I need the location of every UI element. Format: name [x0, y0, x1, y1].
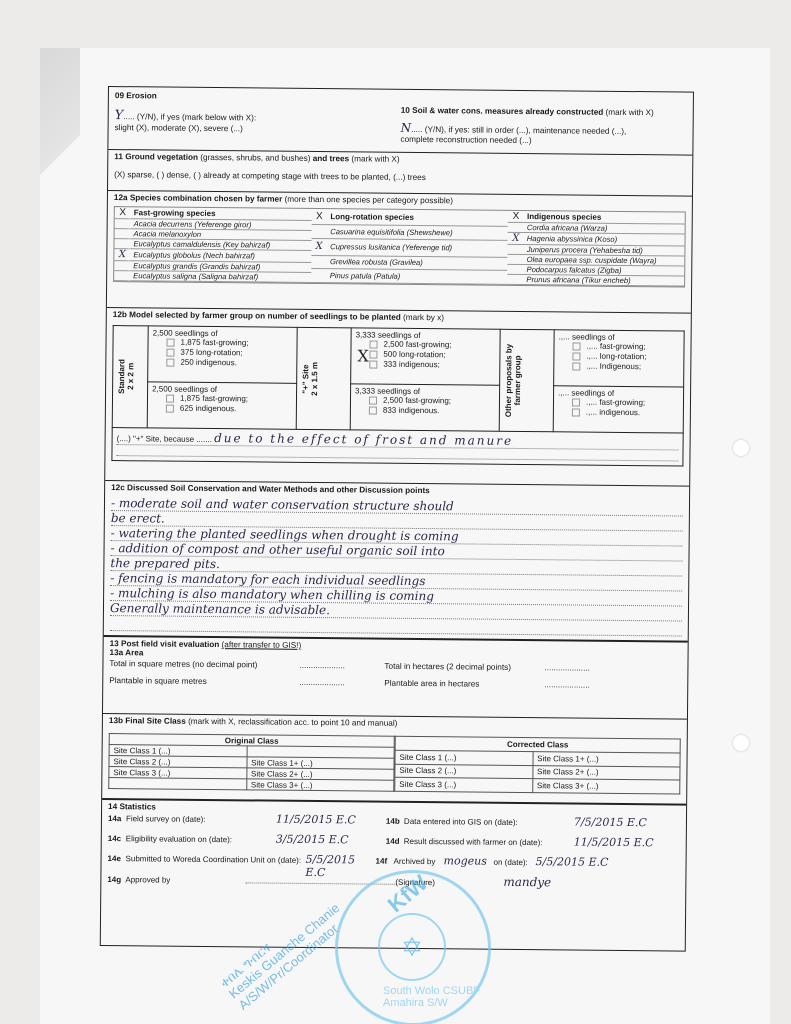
option-label: .,... fast-growing;: [586, 398, 645, 408]
original-class-table: Original ClassSite Class 1 (...)Site Cla…: [108, 733, 395, 792]
option-label: 375 long-rotation;: [180, 348, 242, 358]
field-survey-label: Field survey on (date):: [126, 814, 276, 824]
species-column: XFast-growing speciesAcacia decurrens (Y…: [114, 207, 311, 283]
option-label: 833 indigenous.: [383, 406, 440, 416]
option-label: 2,500 fast-growing;: [383, 396, 451, 406]
checkbox-icon[interactable]: [166, 358, 174, 366]
species-name: Eucalyptus saligna (Saligna bahirzaf): [130, 271, 311, 283]
vegetation-title-note: (mark with X): [351, 154, 399, 163]
checkbox-icon[interactable]: [572, 362, 580, 370]
species-mark[interactable]: [311, 225, 327, 239]
site-class-option[interactable]: Site Class 1+ (...): [533, 751, 681, 766]
checkbox-icon[interactable]: [573, 342, 581, 350]
folded-corner: [40, 48, 80, 218]
erosion-section: 09 Erosion Y..... (Y/N), if yes (mark be…: [108, 87, 693, 156]
discussed-label-num: 14d: [386, 837, 404, 846]
seedling-option[interactable]: 625 indigenous.: [152, 403, 292, 414]
checkbox-icon[interactable]: [369, 340, 377, 348]
total-ha-field[interactable]: ....................: [544, 663, 590, 672]
plus-spacing: 2 x 1.5 m: [310, 362, 319, 396]
species-title: 12a Species combination chosen by farmer: [114, 193, 282, 204]
plus-label-cell: "+" Site2 x 1.5 m: [296, 327, 351, 430]
option-label: .,... long-rotation;: [586, 352, 646, 362]
total-sqm-label: Total in square metres (no decimal point…: [109, 659, 299, 670]
site-class-option: [109, 778, 247, 790]
species-mark[interactable]: [115, 219, 131, 229]
plant-sqm-label: Plantable in square metres: [109, 676, 299, 687]
option-label: 333 indigenous;: [383, 360, 440, 370]
kfw-logo: KfW: [383, 870, 433, 918]
archived-date[interactable]: 5/5/2015 E.C: [536, 855, 609, 869]
post-field-note: (after transfer to GIS!): [222, 640, 302, 650]
checkbox-icon[interactable]: [369, 360, 377, 368]
swc-line2: complete reconstruction needed (...): [400, 135, 686, 147]
other-label: Other proposals by: [504, 344, 514, 417]
x-header: X: [311, 209, 327, 225]
site-class-option[interactable]: Site Class 1 (...): [395, 750, 533, 765]
archived-label: Archived by: [394, 857, 444, 866]
option-label: 2,500 fast-growing;: [383, 340, 451, 350]
species-column: XLong-rotation speciesCasuarina equisiti…: [311, 209, 508, 285]
swc-line1: (Y/N), if yes: still in order (...), mai…: [425, 125, 627, 136]
other-option-b[interactable]: .,... seedlings of.,... fast-growing;.,.…: [553, 386, 683, 433]
species-mark[interactable]: [115, 229, 131, 239]
species-row[interactable]: XCupressus lusitanica (Yeferenge tid): [311, 238, 508, 256]
archived-date-label: on (date):: [494, 858, 536, 867]
species-name: Pinus patula (Patula): [327, 269, 508, 284]
option-label: .,... fast-growing;: [587, 342, 646, 352]
site-class-option[interactable]: Site Class 3 (...): [395, 778, 533, 793]
vegetation-title-b2: and trees: [313, 154, 349, 163]
discussion-lines[interactable]: - moderate soil and water conservation s…: [110, 496, 683, 636]
species-mark[interactable]: [508, 254, 524, 264]
standard-label: Standard: [117, 359, 126, 394]
checkbox-icon[interactable]: [369, 396, 377, 404]
checkbox-icon[interactable]: [166, 404, 174, 412]
model-section: 12b Model selected by farmer group on nu…: [105, 308, 691, 487]
x-header: X: [508, 211, 524, 223]
other-label2: farmer group: [513, 355, 522, 405]
eligibility-date[interactable]: 3/5/2015 E.C: [276, 833, 386, 847]
vegetation-options[interactable]: (X) sparse, ( ) dense, ( ) already at co…: [114, 170, 686, 184]
vegetation-title-rest: (grasses, shrubs, and bushes): [200, 153, 310, 163]
standard-option-b[interactable]: 2,500 seedlings of1,875 fast-growing;625…: [147, 382, 296, 429]
seedling-option[interactable]: 250 indigenous.: [152, 357, 292, 368]
discussed-date[interactable]: 11/5/2015 E.C: [574, 836, 654, 850]
gis-entry-label-num: 14b: [386, 817, 404, 826]
model-table: Standard2 x 2 m 2,500 seedlings of1,875 …: [111, 325, 684, 466]
species-mark[interactable]: X: [311, 238, 327, 255]
plant-ha-field[interactable]: ....................: [544, 680, 590, 689]
discussion-section: 12c Discussed Soil Conservation and Wate…: [104, 481, 689, 643]
discussion-title: 12c Discussed Soil Conservation and Wate…: [111, 483, 683, 497]
species-mark[interactable]: [311, 269, 327, 283]
checkbox-icon[interactable]: [369, 350, 377, 358]
checkbox-icon[interactable]: [369, 406, 377, 414]
site-class-option[interactable]: Site Class 3+ (...): [532, 779, 680, 794]
species-mark[interactable]: [114, 261, 130, 271]
species-mark[interactable]: [311, 255, 327, 269]
discussed-label: Result discussed with farmer on (date):: [404, 837, 574, 848]
erosion-answer[interactable]: Y: [115, 108, 124, 123]
species-name: Cupressus lusitanica (Yeferenge tid): [327, 239, 508, 257]
option-label: .,... Indigenous;: [586, 362, 641, 372]
option-label: .,... indigenous.: [586, 408, 640, 418]
species-section: 12a Species combination chosen by farmer…: [107, 191, 692, 314]
plus-site-reason[interactable]: (....) "+" Site, because ....... due to …: [112, 428, 683, 466]
eligibility-label: Eligibility evaluation on (date):: [126, 834, 276, 844]
species-mark[interactable]: [114, 271, 130, 281]
checkbox-icon[interactable]: [572, 398, 580, 406]
erosion-severity: slight (X), moderate (X), severe (...): [115, 123, 401, 135]
model-note: (mark by x): [403, 313, 444, 322]
checkbox-icon[interactable]: [166, 348, 174, 356]
submitted-label-num: 14e: [108, 854, 126, 863]
vegetation-title: 11 Ground vegetation: [114, 152, 198, 162]
seedling-option[interactable]: 333 indigenous;: [355, 359, 495, 370]
plant-ha-label: Plantable area in hectares: [384, 679, 544, 690]
submitted-label: Submitted to Woreda Coordination Unit on…: [126, 854, 306, 865]
species-row[interactable]: Eucalyptus saligna (Saligna bahirzaf): [114, 271, 311, 283]
because-text: due to the effect of frost and manure: [214, 431, 513, 448]
kfw-round-stamp: KfW ✡ South Wolo CSUBF Amahira S/W: [335, 870, 491, 1024]
approved-label: Approved by: [125, 875, 245, 885]
standard-spacing: 2 x 2 m: [126, 363, 135, 390]
species-mark[interactable]: [114, 239, 130, 249]
checkbox-icon[interactable]: [572, 408, 580, 416]
species-row[interactable]: Pinus patula (Patula): [311, 269, 508, 285]
archiver-second-name: mandye: [503, 875, 551, 889]
post-field-section: 13 Post field visit evaluation (after tr…: [103, 637, 688, 720]
because-label: (....) "+" Site, because: [117, 434, 195, 444]
total-ha-label: Total in hectares (2 decimal points): [384, 662, 544, 673]
x-header: X: [115, 207, 131, 219]
species-mark[interactable]: X: [508, 232, 524, 244]
archived-label-num: 14f: [376, 857, 394, 866]
eligibility-label-num: 14c: [108, 834, 126, 843]
field-survey-date[interactable]: 11/5/2015 E.C: [276, 813, 386, 827]
field-survey-label-num: 14a: [108, 814, 126, 823]
seedling-option[interactable]: 833 indigenous.: [355, 405, 495, 416]
field-survey-form: 09 Erosion Y..... (Y/N), if yes (mark be…: [100, 86, 694, 952]
site-class-option[interactable]: Site Class 3+ (...): [246, 779, 393, 791]
checkbox-icon[interactable]: [572, 352, 580, 360]
plus-option-b[interactable]: 3,333 seedlings of2,500 fast-growing;833…: [350, 384, 499, 431]
gis-entry-label: Data entered into GIS on (date):: [404, 817, 574, 828]
archived-by-name[interactable]: mogeus: [444, 854, 494, 867]
final-class-title: 13b Final Site Class: [109, 716, 186, 726]
seedling-option[interactable]: .,... Indigenous;: [558, 361, 679, 372]
checkbox-icon[interactable]: [167, 338, 175, 346]
punch-hole: [733, 735, 749, 751]
plus-label: "+" Site: [301, 364, 310, 393]
species-note: (more than one species per category poss…: [285, 195, 453, 206]
species-mark[interactable]: [508, 244, 524, 254]
site-class-option[interactable]: Site Class 2+ (...): [532, 765, 680, 780]
standard-label-cell: Standard2 x 2 m: [112, 326, 148, 428]
option-label: 1,875 fast-growing;: [181, 338, 249, 348]
site-class-option[interactable]: Site Class 2 (...): [395, 764, 533, 779]
model-title: 12b Model selected by farmer group on nu…: [113, 310, 401, 322]
punch-hole: [733, 440, 749, 456]
species-mark[interactable]: [508, 222, 524, 232]
species-row[interactable]: Prunus africana (Tikur encheb): [507, 274, 684, 286]
species-mark[interactable]: [507, 274, 523, 284]
option-label: 250 indigenous.: [180, 358, 237, 368]
species-column-header: Long-rotation species: [327, 209, 508, 227]
other-label-cell: Other proposals byfarmer group: [499, 329, 554, 432]
swc-block: 10 Soil & water cons. measures already c…: [400, 92, 687, 153]
erosion-line1: (Y/N), if yes (mark below with X):: [137, 112, 256, 122]
standard-option-a[interactable]: 2,500 seedlings of1,875 fast-growing;375…: [148, 326, 298, 383]
swc-answer[interactable]: N: [401, 121, 412, 135]
star-emblem-icon: ✡: [378, 913, 446, 981]
erosion-block: 09 Erosion Y..... (Y/N), if yes (mark be…: [114, 89, 401, 150]
species-name: Prunus africana (Tikur encheb): [523, 274, 684, 286]
gis-entry-date[interactable]: 7/5/2015 E.C: [574, 816, 647, 830]
species-column: XIndigenous speciesCordia africana (Warz…: [507, 211, 684, 287]
plus-option-a[interactable]: 3,333 seedlings of2,500 fast-growing;500…: [351, 328, 501, 385]
species-mark[interactable]: [507, 264, 523, 274]
erosion-title: 09 Erosion: [115, 91, 401, 103]
checkbox-icon[interactable]: [166, 394, 174, 402]
plant-sqm-field[interactable]: ....................: [299, 678, 384, 688]
species-mark[interactable]: X: [114, 249, 130, 261]
other-option-a[interactable]: .,... seedlings of.,... fast-growing;.,.…: [554, 330, 685, 387]
final-site-class-section: 13b Final Site Class (mark with X, recla…: [102, 714, 687, 806]
total-sqm-field[interactable]: ....................: [299, 661, 384, 671]
final-class-note: (mark with X, reclassification acc. to p…: [188, 717, 397, 728]
option-label: 1,875 fast-growing;: [180, 394, 248, 404]
ground-vegetation-section: 11 Ground vegetation (grasses, shrubs, a…: [108, 150, 692, 197]
approved-label-num: 14g: [107, 875, 125, 884]
stamp-text: South Wolo CSUBF Amahira S/W: [383, 985, 488, 1009]
seedling-option[interactable]: .,... indigenous.: [558, 407, 679, 418]
swc-title: 10 Soil & water cons. measures already c…: [401, 106, 604, 117]
species-grid: XFast-growing speciesAcacia decurrens (Y…: [113, 206, 686, 287]
corrected-class-table: Corrected ClassSite Class 1 (...)Site Cl…: [394, 736, 681, 795]
selected-mark: X: [357, 346, 369, 365]
option-label: 500 long-rotation;: [383, 350, 445, 360]
swc-title-note: (mark with X): [606, 108, 654, 117]
option-label: 625 indigenous.: [180, 404, 237, 414]
